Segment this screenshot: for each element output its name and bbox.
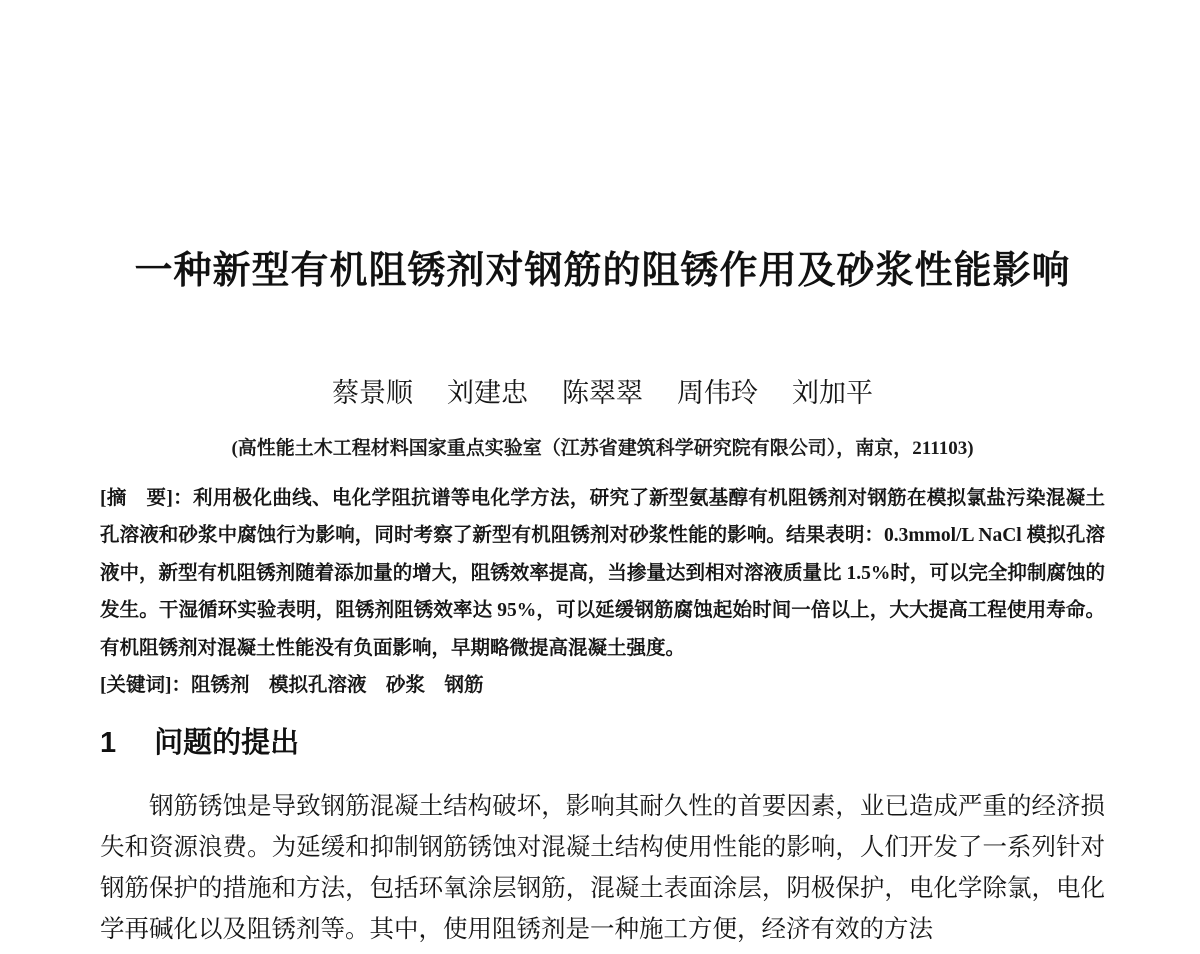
abstract-paragraph: [摘 要]：利用极化曲线、电化学阻抗谱等电化学方法，研究了新型氨基醇有机阻锈剂对… — [100, 480, 1105, 668]
author-name: 蔡景顺 — [332, 375, 413, 413]
keywords-text: 阻锈剂 模拟孔溶液 砂浆 钢筋 — [191, 675, 484, 696]
section-1-heading: 1问题的提出 — [100, 727, 1105, 760]
section-1-paragraph: 钢筋锈蚀是导致钢筋混凝土结构破坏，影响其耐久性的首要因素，业已造成严重的经济损失… — [100, 786, 1105, 950]
abstract-text: 利用极化曲线、电化学阻抗谱等电化学方法，研究了新型氨基醇有机阻锈剂对钢筋在模拟氯… — [100, 488, 1105, 659]
section-number: 1 — [100, 727, 116, 760]
paper-title: 一种新型有机阻锈剂对钢筋的阻锈作用及砂浆性能影响 — [100, 245, 1105, 297]
page-content: 一种新型有机阻锈剂对钢筋的阻锈作用及砂浆性能影响 蔡景顺 刘建忠 陈翠翠 周伟玲… — [0, 245, 1200, 950]
author-name: 陈翠翠 — [562, 375, 643, 413]
keywords-line: [关键词]：阻锈剂 模拟孔溶液 砂浆 钢筋 — [100, 667, 1105, 705]
affiliation-line: (高性能土木工程材料国家重点实验室（江苏省建筑科学研究院有限公司），南京，211… — [100, 436, 1105, 463]
abstract-label: [摘 要]： — [100, 488, 193, 509]
author-name: 刘建忠 — [447, 375, 528, 413]
section-title: 问题的提出 — [154, 727, 299, 759]
author-list: 蔡景顺 刘建忠 陈翠翠 周伟玲 刘加平 — [100, 375, 1105, 413]
author-name: 刘加平 — [792, 375, 873, 413]
author-name: 周伟玲 — [677, 375, 758, 413]
keywords-label: [关键词]： — [100, 675, 191, 696]
document-page: 一种新型有机阻锈剂对钢筋的阻锈作用及砂浆性能影响 蔡景顺 刘建忠 陈翠翠 周伟玲… — [0, 0, 1200, 954]
